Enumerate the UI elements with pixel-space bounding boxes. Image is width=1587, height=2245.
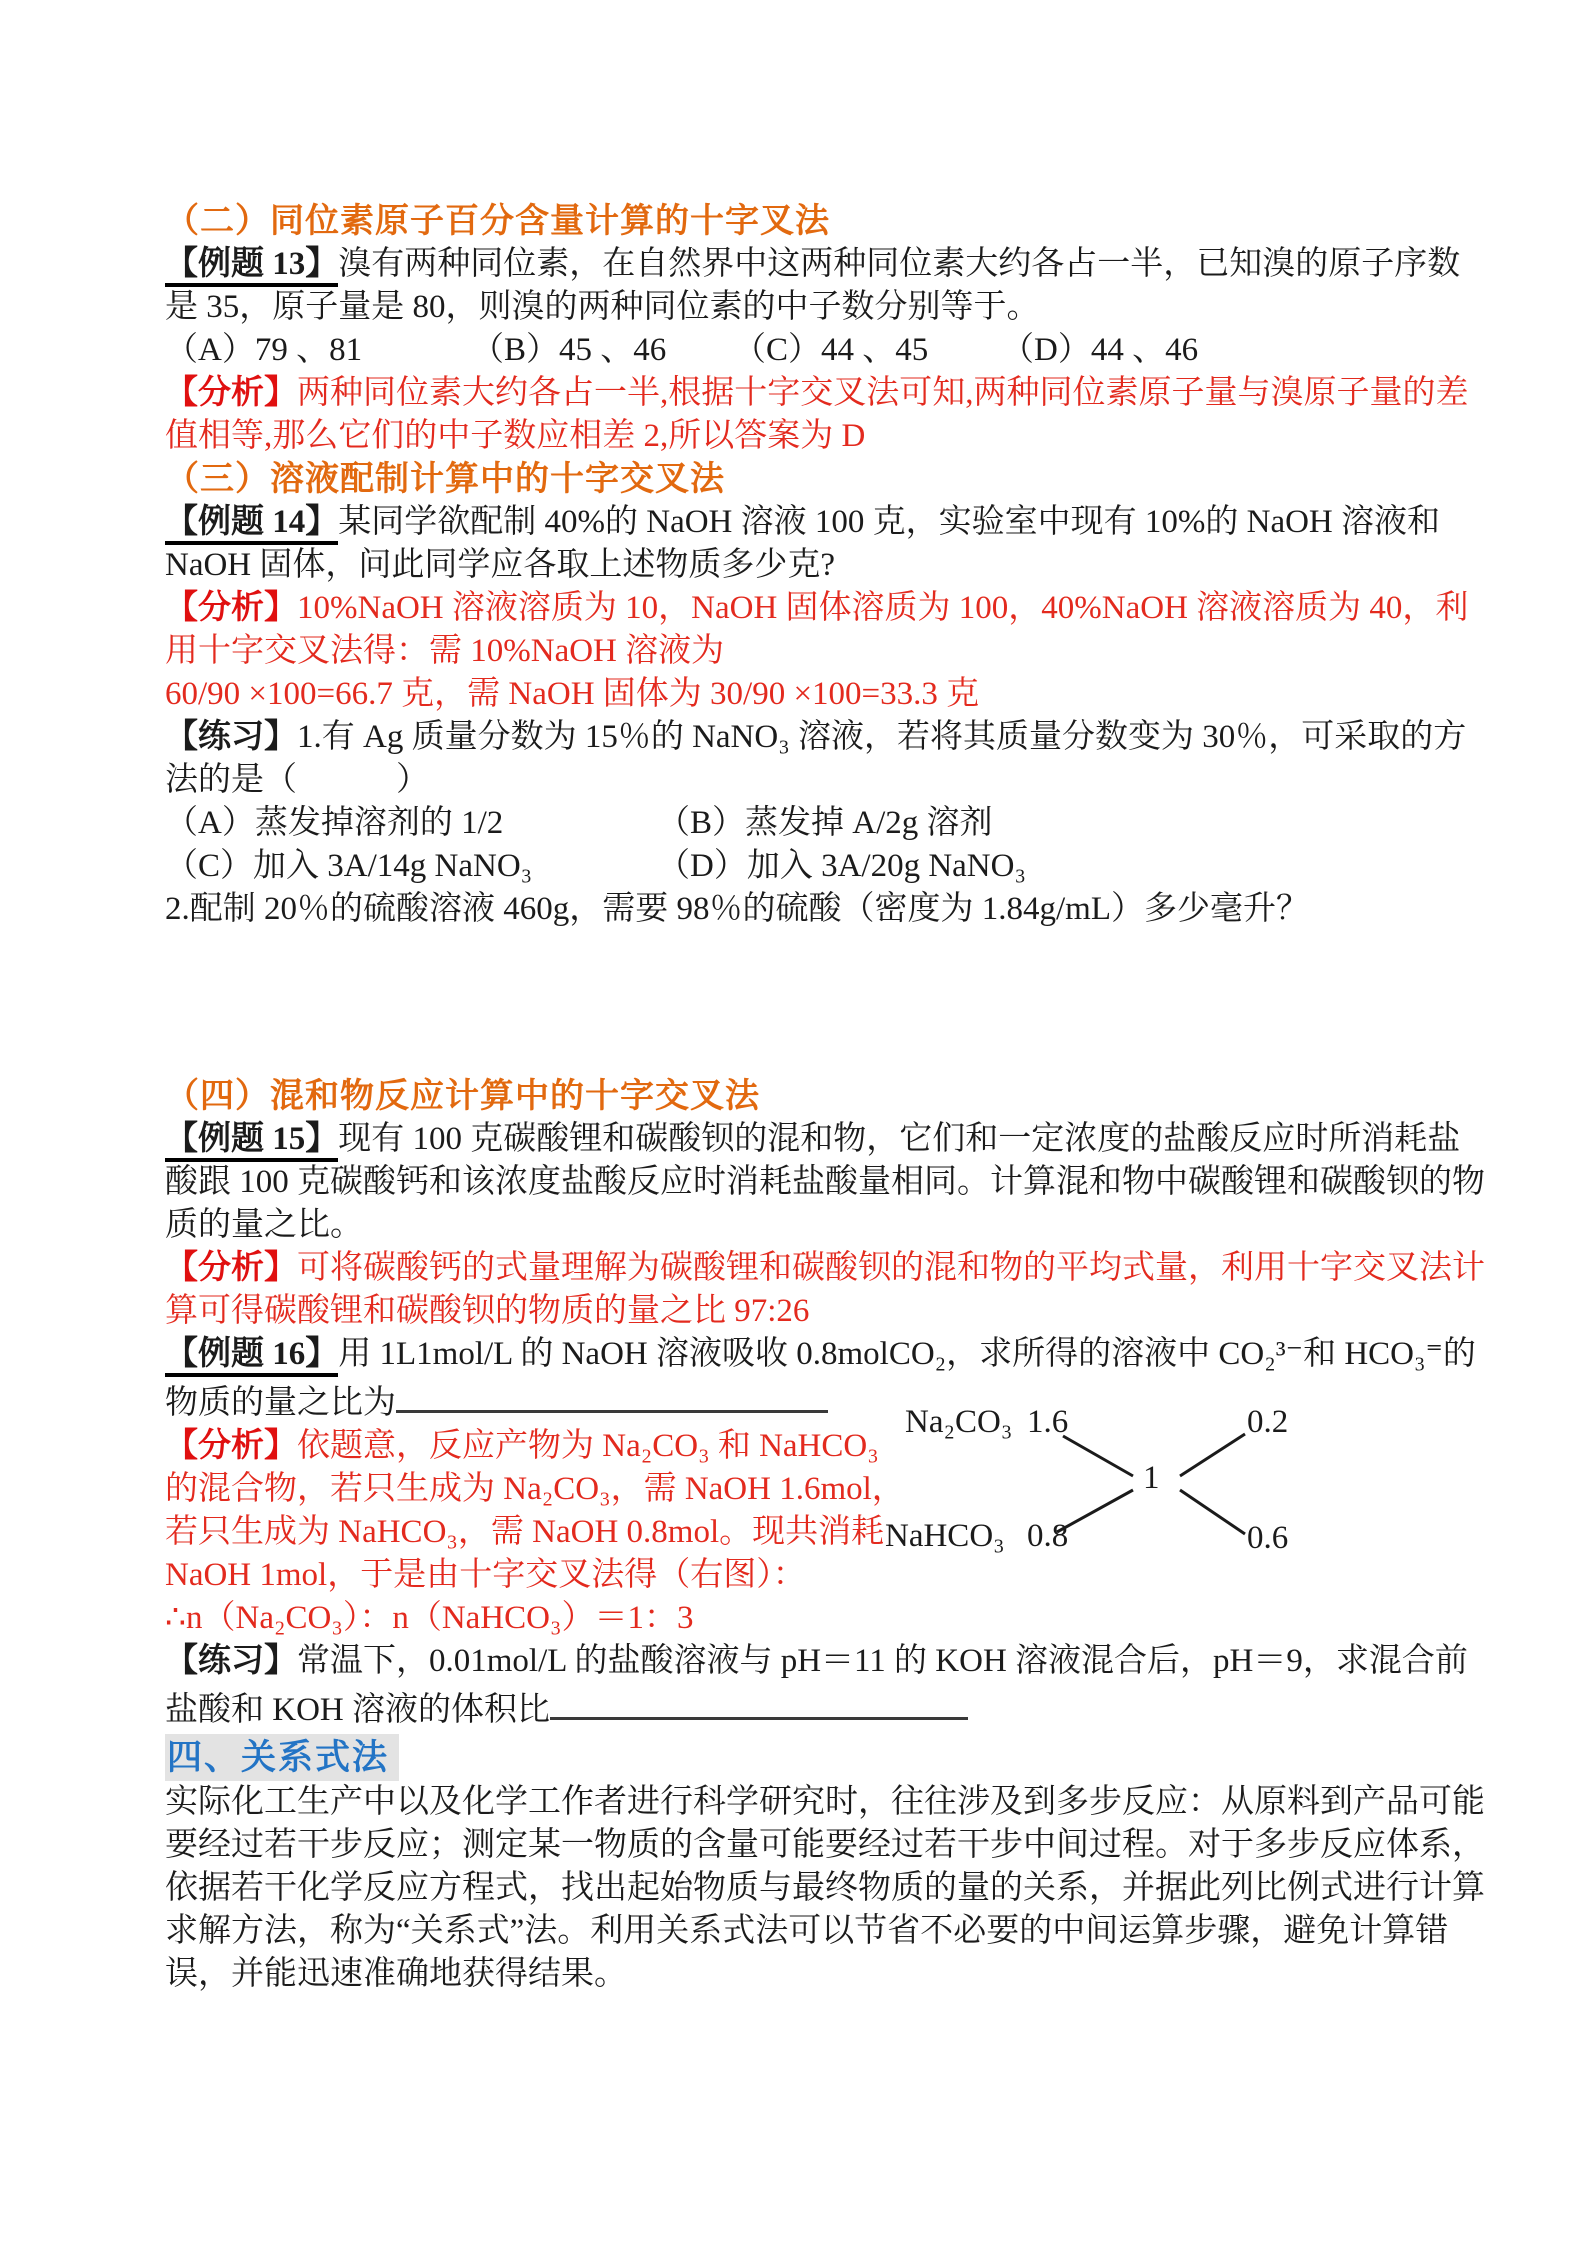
example-14-line-1: 【例题 14】某同学欲配制 40%的 NaOH 溶液 100 克，实验室中现有 … (165, 501, 1427, 544)
analysis-16-text-1: 依题意，反应产物为 Na₂CO₃ 和 NaHCO₃ (297, 1428, 879, 1464)
example-13-label: 【例题 13】 (165, 246, 338, 287)
section-heading-isotope: （二）同位素原子百分含量计算的十字叉法 (165, 200, 1427, 243)
practice-2-text-1: 常温下，0.01mol/L 的盐酸溶液与 pH＝11 的 KOH 溶液混合后，p… (297, 1643, 1468, 1679)
example-16-text-2: 物质的量之比为 (165, 1385, 396, 1421)
diagram-center-value: 1 (1143, 1460, 1160, 1497)
analysis-15-text-1: 可将碳酸钙的式量理解为碳酸锂和碳酸钡的混和物的平均式量，利用十字交叉法计 (297, 1250, 1485, 1286)
practice-question-2: 2.配制 20％的硫酸溶液 460g，需要 98％的硫酸（密度为 1.84g/m… (165, 888, 1427, 931)
practice-option-b: （B）蒸发掉 A/2g 溶剂 (657, 805, 993, 841)
practice-2-text-2: 盐酸和 KOH 溶液的体积比 (165, 1692, 550, 1728)
example-16-text-1: 用 1L1mol/L 的 NaOH 溶液吸收 0.8molCO₂，求所得的溶液中… (338, 1336, 1476, 1372)
document-page: （二）同位素原子百分含量计算的十字叉法 【例题 13】溴有两种同位素，在自然界中… (0, 0, 1587, 2245)
practice-1-options-row-2: （C）加入 3A/14g NaNO₃（D）加入 3A/20g NaNO₃ (165, 845, 1427, 888)
option-a: （A）79 、81 (165, 329, 471, 372)
example-14-line-2: NaOH 固体，问此同学应各取上述物质多少克? (165, 544, 1427, 587)
practice-1-label: 【练习】 (165, 719, 297, 755)
practice-option-d: （D）加入 3A/20g NaNO₃ (657, 848, 1026, 884)
analysis-13-line-2: 值相等,那么它们的中子数应相差 2,所以答案为 D (165, 415, 1427, 458)
analysis-15-line-1: 【分析】可将碳酸钙的式量理解为碳酸锂和碳酸钡的混和物的平均式量，利用十字交叉法计 (165, 1247, 1427, 1290)
example-13-line-2: 是 35，原子量是 80，则溴的两种同位素的中子数分别等于。 (165, 286, 1427, 329)
example-15-line-1: 【例题 15】现有 100 克碳酸锂和碳酸钡的混和物，它们和一定浓度的盐酸反应时… (165, 1118, 1427, 1161)
relation-paragraph-line-2: 要经过若干步反应；测定某一物质的含量可能要经过若干步中间过程。对于多步反应体系， (165, 1824, 1427, 1867)
analysis-14-line-2: 用十字交叉法得：需 10%NaOH 溶液为 (165, 630, 1427, 673)
analysis-16-label: 【分析】 (165, 1428, 297, 1464)
analysis-14-text-1: 10%NaOH 溶液溶质为 10，NaOH 固体溶质为 100，40%NaOH … (297, 590, 1468, 626)
analysis-13-label: 【分析】 (165, 375, 297, 411)
practice-option-a: （A）蒸发掉溶剂的 1/2 (165, 802, 657, 845)
practice-2-line-1: 【练习】常温下，0.01mol/L 的盐酸溶液与 pH＝11 的 KOH 溶液混… (165, 1640, 1427, 1683)
example-13-text-1: 溴有两种同位素，在自然界中这两种同位素大约各占一半，已知溴的原子序数 (338, 246, 1460, 282)
answer-blank-underline (550, 1683, 968, 1720)
example-15-line-2: 酸跟 100 克碳酸钙和该浓度盐酸反应时消耗盐酸量相同。计算混和物中碳酸锂和碳酸… (165, 1161, 1427, 1204)
analysis-13-text-1: 两种同位素大约各占一半,根据十字交叉法可知,两种同位素原子量与溴原子量的差 (297, 375, 1469, 411)
example-15-line-3: 质的量之比。 (165, 1204, 1427, 1247)
example-16-label: 【例题 16】 (165, 1336, 338, 1377)
example-15-label: 【例题 15】 (165, 1121, 338, 1162)
analysis-14-line-3: 60/90 ×100=66.7 克，需 NaOH 固体为 30/90 ×100=… (165, 673, 1427, 716)
diagram-bottom-formula: NaHCO₃ (885, 1518, 1005, 1555)
practice-1-options-row-1: （A）蒸发掉溶剂的 1/2（B）蒸发掉 A/2g 溶剂 (165, 802, 1427, 845)
practice-2-label: 【练习】 (165, 1643, 297, 1679)
analysis-15-line-2: 算可得碳酸锂和碳酸钡的物质的量之比 97:26 (165, 1290, 1427, 1333)
option-d: （D）44 、46 (1001, 329, 1198, 372)
cross-method-diagram: Na₂CO₃ 1.6 0.2 NaHCO₃ 0.8 0.6 1 (885, 1404, 1451, 1609)
example-13-line-1: 【例题 13】溴有两种同位素，在自然界中这两种同位素大约各占一半，已知溴的原子序… (165, 243, 1427, 286)
option-b: （B）45 、46 (471, 329, 733, 372)
analysis-14-label: 【分析】 (165, 590, 297, 626)
practice-1-text-1: 1.有 Ag 质量分数为 15％的 NaNO₃ 溶液，若将其质量分数变为 30％… (297, 719, 1466, 755)
example-14-text-1: 某同学欲配制 40%的 NaOH 溶液 100 克，实验室中现有 10%的 Na… (338, 504, 1440, 540)
practice-2-line-2: 盐酸和 KOH 溶液的体积比 (165, 1683, 1427, 1732)
section-heading-relation: 四、关系式法 (165, 1734, 399, 1781)
section-heading-mixture: （四）混和物反应计算中的十字交叉法 (165, 1075, 1427, 1118)
analysis-15-label: 【分析】 (165, 1250, 297, 1286)
analysis-13-line-1: 【分析】两种同位素大约各占一半,根据十字交叉法可知,两种同位素原子量与溴原子量的… (165, 372, 1427, 415)
answer-blank-underline (396, 1376, 828, 1413)
section-heading-solution: （三）溶液配制计算中的十字交叉法 (165, 458, 1427, 501)
example-13-options: （A）79 、81（B）45 、46（C）44 、45（D）44 、46 (165, 329, 1427, 372)
relation-paragraph-line-3: 依据若干化学反应方程式，找出起始物质与最终物质的量的关系，并据此列比例式进行计算 (165, 1867, 1427, 1910)
practice-1-line-1: 【练习】1.有 Ag 质量分数为 15％的 NaNO₃ 溶液，若将其质量分数变为… (165, 716, 1427, 759)
diagram-bottom-right: 0.6 (1247, 1520, 1288, 1557)
example-14-label: 【例题 14】 (165, 504, 338, 545)
relation-paragraph-line-5: 误，并能迅速准确地获得结果。 (165, 1953, 1427, 1996)
example-16-line-1: 【例题 16】用 1L1mol/L 的 NaOH 溶液吸收 0.8molCO₂，… (165, 1333, 1427, 1376)
practice-1-line-2: 法的是（ ） (165, 759, 1427, 802)
relation-paragraph-line-4: 求解方法，称为“关系式”法。利用关系式法可以节省不必要的中间运算步骤，避免计算错 (165, 1910, 1427, 1953)
diagram-bottom-value: 0.8 (1027, 1518, 1068, 1555)
relation-paragraph-line-1: 实际化工生产中以及化学工作者进行科学研究时，往往涉及到多步反应：从原料到产品可能 (165, 1781, 1427, 1824)
example-15-text-1: 现有 100 克碳酸锂和碳酸钡的混和物，它们和一定浓度的盐酸反应时所消耗盐 (338, 1121, 1460, 1157)
section-heading-relation-wrap: 四、关系式法 (165, 1732, 1427, 1781)
diagram-top-formula: Na₂CO₃ (905, 1404, 1012, 1441)
document-content: （二）同位素原子百分含量计算的十字叉法 【例题 13】溴有两种同位素，在自然界中… (165, 200, 1427, 1996)
option-c: （C）44 、45 (733, 329, 1001, 372)
diagram-top-value: 1.6 (1027, 1404, 1068, 1441)
diagram-top-right: 0.2 (1247, 1404, 1288, 1441)
analysis-14-line-1: 【分析】10%NaOH 溶液溶质为 10，NaOH 固体溶质为 100，40%N… (165, 587, 1427, 630)
practice-option-c: （C）加入 3A/14g NaNO₃ (165, 845, 657, 888)
